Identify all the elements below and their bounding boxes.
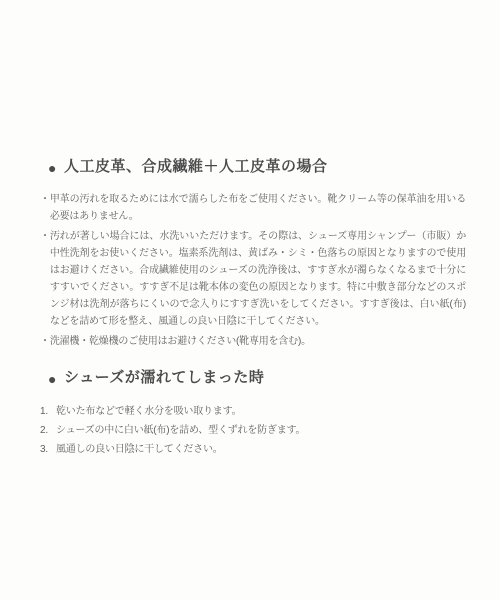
- bullet-text: 洗濯機・乾燥機のご使用はお避けください(靴専用を含む)。: [50, 333, 466, 350]
- step-number: 1.: [40, 402, 50, 421]
- step-item-1: 1. 乾いた布などで軽く水分を吸い取ります。: [40, 402, 466, 421]
- step-number: 3.: [40, 440, 50, 459]
- dot-bullet-marker: ・: [40, 333, 50, 350]
- section-wet-shoes: ● シューズが濡れてしまった時 1. 乾いた布などで軽く水分を吸い取ります。 2…: [40, 368, 466, 459]
- dot-bullet-marker: ・: [40, 191, 50, 225]
- bullet-text: 汚れが著しい場合には、水洗いいただけます。その際は、シューズ専用シャンプー（市販…: [50, 228, 466, 330]
- care-instructions-page: ● 人工皮革、合成繊維＋人工皮革の場合 ・ 甲革の汚れを取るためには水で濡らした…: [0, 0, 500, 600]
- section-heading-wet: ● シューズが濡れてしまった時: [48, 368, 466, 387]
- section-heading-synthetic: ● 人工皮革、合成繊維＋人工皮革の場合: [48, 157, 466, 176]
- bullet-item-upper-cleaning: ・ 甲革の汚れを取るためには水で濡らした布をご使用ください。靴クリーム等の保革油…: [40, 191, 466, 225]
- step-text: 乾いた布などで軽く水分を吸い取ります。: [56, 402, 241, 421]
- step-text: シューズの中に白い紙(布)を詰め、型くずれを防ぎます。: [56, 421, 305, 440]
- dot-bullet-marker: ・: [40, 228, 50, 330]
- step-text: 風通しの良い日陰に干してください。: [56, 440, 223, 459]
- step-number: 2.: [40, 421, 50, 440]
- step-item-3: 3. 風通しの良い日陰に干してください。: [40, 440, 466, 459]
- filled-circle-bullet-icon: ●: [48, 372, 57, 386]
- bullet-text: 甲革の汚れを取るためには水で濡らした布をご使用ください。靴クリーム等の保革油を用…: [50, 191, 466, 225]
- numbered-step-list: 1. 乾いた布などで軽く水分を吸い取ります。 2. シューズの中に白い紙(布)を…: [40, 402, 466, 459]
- section-heading-text: シューズが濡れてしまった時: [64, 368, 264, 387]
- bullet-item-machine-warning: ・ 洗濯機・乾燥機のご使用はお避けください(靴専用を含む)。: [40, 333, 466, 350]
- step-item-2: 2. シューズの中に白い紙(布)を詰め、型くずれを防ぎます。: [40, 421, 466, 440]
- section-heading-text: 人工皮革、合成繊維＋人工皮革の場合: [64, 157, 328, 176]
- bullet-item-washing: ・ 汚れが著しい場合には、水洗いいただけます。その際は、シューズ専用シャンプー（…: [40, 228, 466, 330]
- section-synthetic-leather: ● 人工皮革、合成繊維＋人工皮革の場合 ・ 甲革の汚れを取るためには水で濡らした…: [40, 157, 466, 350]
- filled-circle-bullet-icon: ●: [48, 161, 57, 175]
- bullet-list: ・ 甲革の汚れを取るためには水で濡らした布をご使用ください。靴クリーム等の保革油…: [40, 191, 466, 350]
